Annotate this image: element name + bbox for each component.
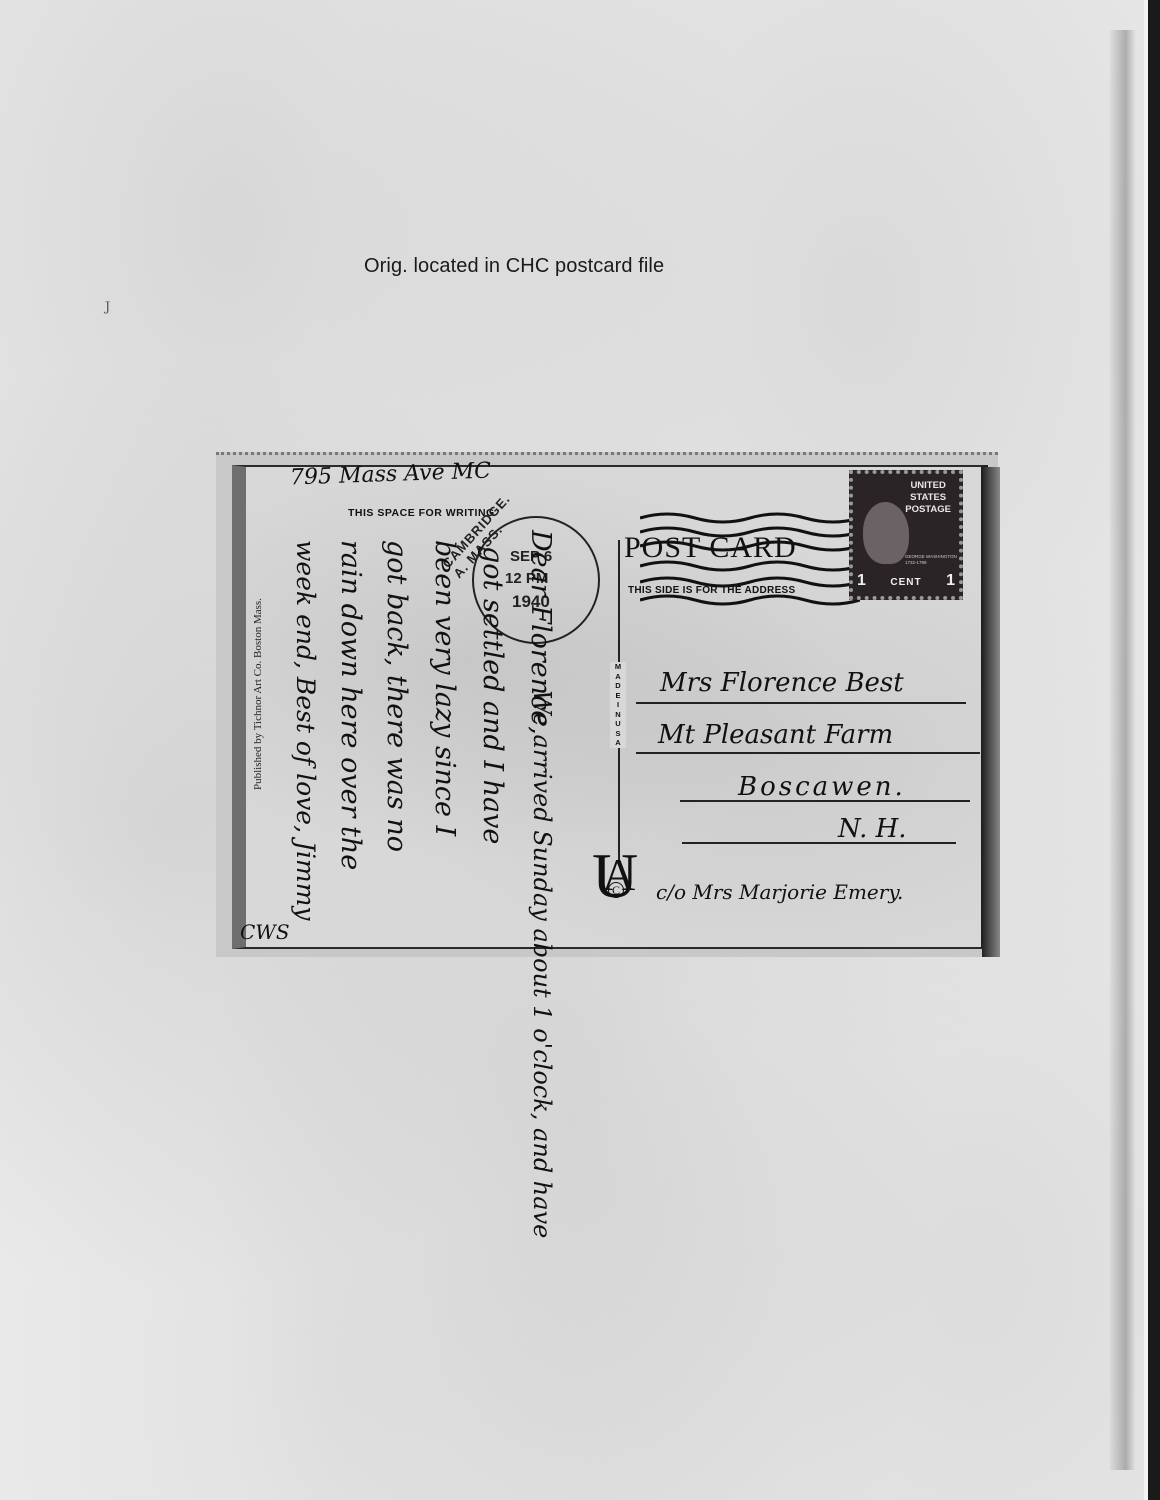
message-line: got settled and I have <box>477 546 508 844</box>
message-line: We arrived Sunday about 1 o'clock, and h… <box>528 690 556 1238</box>
postcard-title: POST CARD <box>624 531 797 565</box>
postcard-shadow <box>982 467 1000 957</box>
stamp-header: UNITED STATES POSTAGE <box>905 480 951 516</box>
scanned-page: Orig. located in CHC postcard file J 795… <box>0 0 1148 1500</box>
message-line: week end, Best of love, Jimmy <box>291 540 320 921</box>
publisher-credit: Published by Tichnor Art Co. Boston Mass… <box>252 598 264 790</box>
care-of-line: c/o Mrs Marjorie Emery. <box>656 880 903 904</box>
address-line-2 <box>636 752 980 754</box>
postage-stamp: UNITED STATES POSTAGE GEORGE WASHINGTON … <box>849 470 963 600</box>
publisher-logo-icon: U A C <box>584 848 656 912</box>
stamp-portrait-name: GEORGE WASHINGTON 1732-1799 <box>905 554 959 566</box>
recipient-line2: Mt Pleasant Farm <box>658 720 893 750</box>
recipient-city: Boscawen. <box>738 772 906 802</box>
address-line-3 <box>680 800 970 802</box>
washington-portrait-icon <box>863 502 909 564</box>
recipient-state: N. H. <box>838 814 907 844</box>
stamp-value: 1 CENT 1 <box>857 572 955 590</box>
address-line-4 <box>682 842 956 844</box>
address-side-label: THIS SIDE IS FOR THE ADDRESS <box>628 585 796 596</box>
message-line: been very lazy since I <box>429 540 460 836</box>
address-line-1 <box>636 702 966 704</box>
message-initials: CWS <box>240 920 290 944</box>
page-caption: Orig. located in CHC postcard file <box>364 255 664 278</box>
message-line: got back, there was no <box>381 540 412 852</box>
made-in-usa-label: MADEINUSA <box>610 662 626 748</box>
handwritten-message: Dear Florence, We arrived Sunday about 1… <box>216 510 556 950</box>
margin-mark: J <box>105 300 110 315</box>
scanner-edge <box>1148 0 1160 1500</box>
recipient-name: Mrs Florence Best <box>660 668 904 698</box>
message-line: rain down here over the <box>335 540 366 870</box>
